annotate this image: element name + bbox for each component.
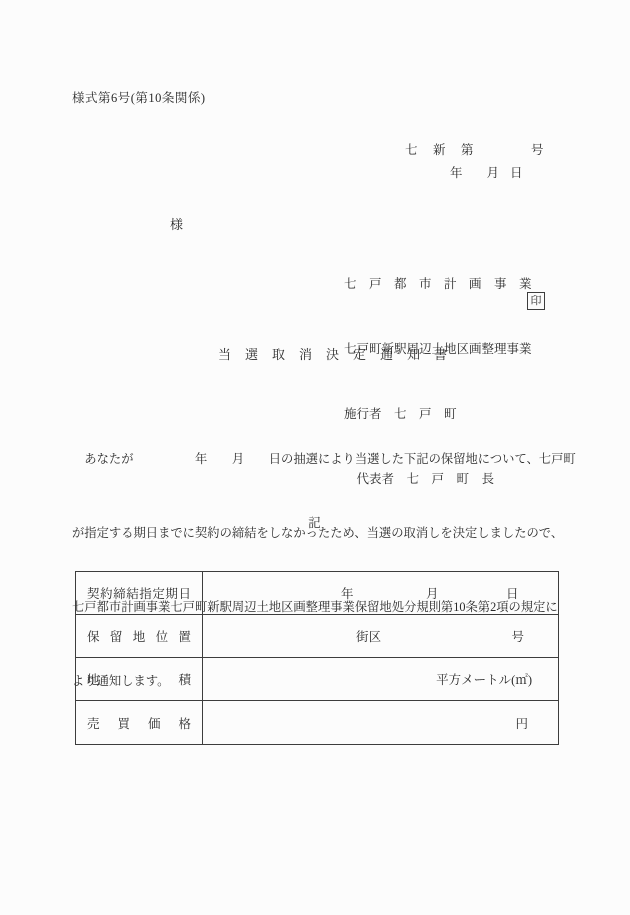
- table-row-value-lot-location: 街区 号: [203, 615, 558, 658]
- header-date-line: 年 月 日: [450, 163, 523, 181]
- form-number: 様式第6号(第10条関係): [72, 88, 206, 106]
- record-marker: 記: [0, 513, 630, 531]
- table-row-label-area: 地積: [76, 658, 203, 701]
- header-date-month: 月: [487, 163, 500, 181]
- details-table: 契約締結指定期日 年 月 日 保留地位置 街区 号 地積 平方メートル(㎡) 売…: [75, 571, 559, 745]
- seal-mark: 印: [527, 292, 545, 310]
- table-row-value-price: 円: [203, 701, 558, 744]
- body-line: あなたが 年 月 日の抽選により当選した下記の保留地について、七戸町: [72, 447, 584, 472]
- value-square-meters-label: 平方メートル(㎡): [436, 670, 532, 688]
- value-number-label: 号: [511, 627, 524, 645]
- value-block-label: 街区: [356, 627, 381, 645]
- table-row-label-lot-location: 保留地位置: [76, 615, 203, 658]
- value-month-label: 月: [426, 584, 439, 602]
- header-date-day: 日: [510, 163, 523, 181]
- table-row-label-contract-date: 契約締結指定期日: [76, 572, 203, 615]
- value-year-label: 年: [341, 584, 354, 602]
- document-number-line: 七 新 第 号: [405, 140, 545, 158]
- document-title: 当 選 取 消 決 定 通 知 書: [218, 344, 448, 363]
- value-day-label: 日: [506, 584, 519, 602]
- value-yen-label: 円: [515, 714, 528, 732]
- document-page: 様式第6号(第10条関係) 七 新 第 号 年 月 日 様 七 戸 都 市 計 …: [0, 0, 630, 915]
- table-row-label-price: 売買価格: [76, 701, 203, 744]
- table-row-value-area: 平方メートル(㎡): [203, 658, 558, 701]
- header-date-year: 年: [450, 163, 463, 181]
- addressee-suffix: 様: [170, 214, 183, 233]
- table-row-value-contract-date: 年 月 日: [203, 572, 558, 615]
- sender-line-project: 七 戸 都 市 計 画 事 業: [344, 274, 532, 296]
